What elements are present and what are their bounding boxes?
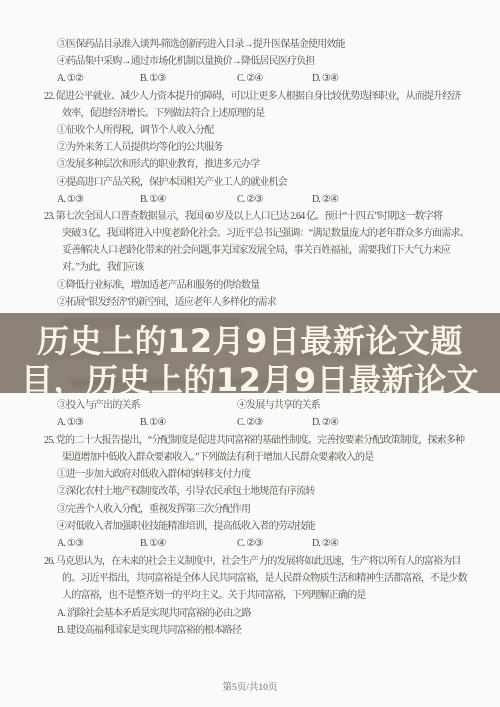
- choice-option: C. ②③: [237, 191, 312, 208]
- exam-text-line: ①征收个人所得税，调节个人收入分配: [0, 122, 500, 139]
- exam-text-line: 对。”为此，我们应该: [0, 259, 500, 276]
- answer-choices-row: A. ①③B. ①④C. ②③D. ②④: [0, 414, 500, 431]
- exam-text-line: 妥善解决人口老龄化带来的社会问题,事关国家发展全局，事关百姓福祉，需要我们下大气…: [0, 242, 500, 259]
- exam-text-line: ④药品集中采购→通过市场化机制以量换价→降低居民医疗负担: [0, 53, 500, 70]
- choice-option: A. ①③: [57, 191, 140, 208]
- exam-text-line: ①降低行业标准，增加适老产品和服务的供给数量: [0, 277, 500, 294]
- exam-text-line: ③完善个人收入分配，重视发挥第三次分配作用: [0, 501, 500, 518]
- exam-text-line: 26. 马克思认为，在未来的社会主义制度中，社会生产力的发展将如此迅速，生产将以…: [0, 553, 500, 570]
- choice-option: A. ①③: [57, 535, 140, 552]
- choice-option: D. ②④: [312, 414, 338, 431]
- exam-text-line: ③医保药品目录准入谈判-筛选创新药进入目录→提升医保基金使用效能: [0, 36, 500, 53]
- choice-option: C. ②③: [237, 414, 312, 431]
- choice-option: A. ①②: [57, 70, 140, 87]
- exam-text-line: 的。习近平指出，共同富裕是全体人民共同富裕，是人民群众物质生活和精神生活都富裕，…: [0, 570, 500, 587]
- exam-content-below-banner: ③投入与产出的关系④发展与共享的关系A. ①③B. ①④C. ②③D. ②④25…: [0, 397, 500, 639]
- exam-text-line: ②为外来务工人员提供均等化的公共服务: [0, 139, 500, 156]
- exam-text-line: B. 建设高福利国家是实现共同富裕的根本路径: [0, 622, 500, 639]
- exam-text-line: 22. 促进公平就业、减少人力资本提升的障碍，可以让更多人根据自身比较优势选择职…: [0, 88, 500, 105]
- exam-text-line: A. 消除社会基本矛盾是实现共同富裕的必由之路: [0, 605, 500, 622]
- exam-text-line: 突破 3 亿，我国将进入中度老龄化社会。习近平总书记强调：“满足数量庞大的老年群…: [0, 225, 500, 242]
- banner-title-line2: 目，历史上的12月9日最新论文: [0, 355, 500, 393]
- exam-text-line: 渠道增加中低收入群众要素收入。”下列做法有利于增加人民群众要素收入的是: [0, 449, 500, 466]
- choice-option: C. ②④: [237, 70, 312, 87]
- choice-option: B. ①④: [140, 191, 237, 208]
- option-column: ④发展与共享的关系: [237, 397, 320, 414]
- exam-text-line: ③投入与产出的关系④发展与共享的关系: [0, 397, 500, 414]
- choice-option: C. ②③: [237, 535, 312, 552]
- choice-option: D. ②④: [312, 191, 338, 208]
- exam-text-line: ④提高进口产品关税，保护本国相关产业工人的就业机会: [0, 174, 500, 191]
- answer-choices-row: A. ①③B. ①④C. ②③D. ②④: [0, 191, 500, 208]
- exam-text-line: ①进一步加大政府对低收入群体的转移支付力度: [0, 466, 500, 483]
- choice-option: B. ①④: [140, 535, 237, 552]
- overlay-title-banner: 历史上的12月9日最新论文题 目，历史上的12月9日最新论文: [0, 313, 500, 393]
- answer-choices-row: A. ①③B. ①④C. ②③D. ②④: [0, 535, 500, 552]
- exam-content-above-banner: ③医保药品目录准入谈判-筛选创新药进入目录→提升医保基金使用效能④药品集中采购→…: [0, 36, 500, 311]
- exam-text-line: 25. 党的二十大报告提出，“分配制度是促进共同富裕的基础性制度。完善按要素分配…: [0, 432, 500, 449]
- exam-text-line: 效率，促进经济增长。下列做法符合上述原理的是: [0, 105, 500, 122]
- option-column: ③投入与产出的关系: [57, 397, 237, 414]
- page-footer: 第5页/共10页: [0, 679, 500, 693]
- choice-option: A. ①③: [57, 414, 140, 431]
- exam-text-line: ②深化农村土地产权制度改革，引导农民承包土地规范有序流转: [0, 483, 500, 500]
- choice-option: D. ③④: [312, 70, 338, 87]
- choice-option: D. ②④: [312, 535, 338, 552]
- exam-text-line: ③发展多种层次和形式的职业教育，推进多元办学: [0, 156, 500, 173]
- exam-text-line: 人的富裕，也不是整齐划一的平均主义。关于共同富裕，下列理解正确的是: [0, 587, 500, 604]
- choice-option: B. ①④: [140, 414, 237, 431]
- exam-text-line: ②拓展“银发经济”的新空间，适应老年人多样化的需求: [0, 294, 500, 311]
- exam-document-page: ③医保药品目录准入谈判-筛选创新药进入目录→提升医保基金使用效能④药品集中采购→…: [0, 0, 500, 707]
- exam-text-line: ④对低收入者加强职业技能精准培训，提高低收入者的劳动技能: [0, 518, 500, 535]
- exam-text-line: 23. 第七次全国人口普查数据显示，我国 60 岁及以上人口已达 2.64 亿。…: [0, 208, 500, 225]
- choice-option: B. ①③: [140, 70, 237, 87]
- answer-choices-row: A. ①②B. ①③C. ②④D. ③④: [0, 70, 500, 87]
